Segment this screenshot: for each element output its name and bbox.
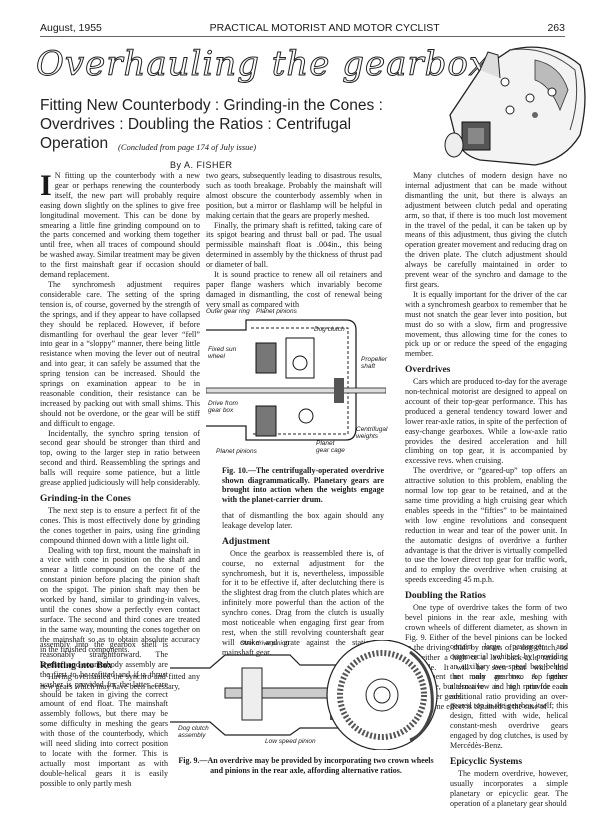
label-propeller-shaft: Propeller shaft: [361, 356, 391, 370]
continuation-note: (Concluded from page 174 of July issue): [118, 142, 256, 152]
page-number: 263: [547, 22, 565, 34]
column-1: IN fitting up the counterbody with a new…: [40, 171, 200, 692]
paragraph: two gears, subsequently leading to disas…: [206, 171, 382, 221]
section-heading-epicyclic: Epicyclic Systems: [450, 758, 568, 768]
paragraph: The synchromesh adjustment requires cons…: [40, 280, 200, 429]
paragraph: that of dismantling the box again should…: [222, 511, 384, 531]
column-2-bottom: that of dismantling the box again should…: [222, 511, 384, 658]
running-head: August, 1955 PRACTICAL MOTORIST AND MOTO…: [40, 18, 565, 37]
label-over-drive-pinion: Over drive pinion: [240, 640, 289, 647]
paragraph: It is equally important for the driver o…: [405, 290, 567, 359]
figure-9-diagram: Over drive pinion Dog clutch assembly Lo…: [170, 640, 440, 750]
section-heading-doubling: Doubling the Ratios: [405, 592, 567, 602]
paragraph: Cars which are produced to-day for the a…: [405, 377, 567, 466]
label-outer-gear-ring: Outer gear ring: [206, 308, 250, 315]
paragraph: The modern overdrive, however, usually i…: [450, 769, 568, 809]
label-fixed-sun-wheel: Fixed sun wheel: [208, 346, 238, 360]
paragraph: The next step is to ensure a perfect fit…: [40, 506, 200, 546]
paragraph: Many clutches of modern design have no i…: [405, 171, 567, 290]
paragraph: The overdrive, or “geared-up” top offers…: [405, 466, 567, 585]
byline: By A. FISHER: [170, 160, 233, 170]
article-title: Overhauling the gearbox: [36, 44, 489, 84]
paragraph: It is sound practice to renew all oil re…: [206, 270, 382, 310]
figure-9-caption: Fig. 9.—An overdrive may be provided by …: [176, 756, 436, 775]
label-centrifugal-weights: Centrifugal weights: [356, 426, 386, 440]
column-2-top: two gears, subsequently leading to disas…: [206, 171, 382, 310]
issue-date: August, 1955: [40, 22, 102, 34]
paragraph: IN fitting up the counterbody with a new…: [40, 171, 200, 280]
subtitle-line-1: Fitting New Counterbody : Grinding-in th…: [40, 96, 400, 115]
gearbox-illustration: [440, 40, 590, 175]
publication-name: PRACTICAL MOTORIST AND MOTOR CYCLIST: [210, 22, 440, 34]
section-heading-grinding: Grinding-in the Cones: [40, 495, 200, 505]
drop-cap: I: [40, 173, 52, 199]
column-3: Many clutches of modern design have no i…: [405, 171, 567, 712]
label-planet-pinions-bottom: Planet pinions: [216, 448, 257, 455]
label-dog-clutch-assembly: Dog clutch assembly: [178, 725, 218, 739]
label-planet-pinions: Planet pinions: [256, 308, 297, 315]
paragraph: Incidentally, the synchro spring tension…: [40, 429, 200, 488]
paragraph: Finally, the primary shaft is refitted, …: [206, 221, 382, 271]
figure-10-caption: Fig. 10.—The centrifugally-operated over…: [222, 466, 384, 504]
label-low-speed-pinion: Low speed pinion: [265, 738, 316, 745]
figure-10-diagram: Outer gear ring Planet pinions Dog clutc…: [206, 308, 386, 458]
column-1-continued: assembly into the gearbox shell is reaso…: [40, 640, 168, 789]
paragraph: certain large passenger and commercial v…: [450, 642, 568, 751]
section-heading-adjustment: Adjustment: [222, 538, 384, 548]
label-dog-clutch: Dog clutch: [314, 326, 345, 333]
label-planet-gear-cage: Planet gear cage: [316, 440, 346, 454]
column-3-continued: certain large passenger and commercial v…: [450, 642, 568, 809]
paragraph: assembly into the gearbox shell is reaso…: [40, 640, 168, 789]
label-drive-from-gear-box: Drive from gear box: [208, 400, 246, 414]
section-heading-overdrives: Overdrives: [405, 366, 567, 376]
paragraph: Dealing with top first, mount the mainsh…: [40, 546, 200, 655]
